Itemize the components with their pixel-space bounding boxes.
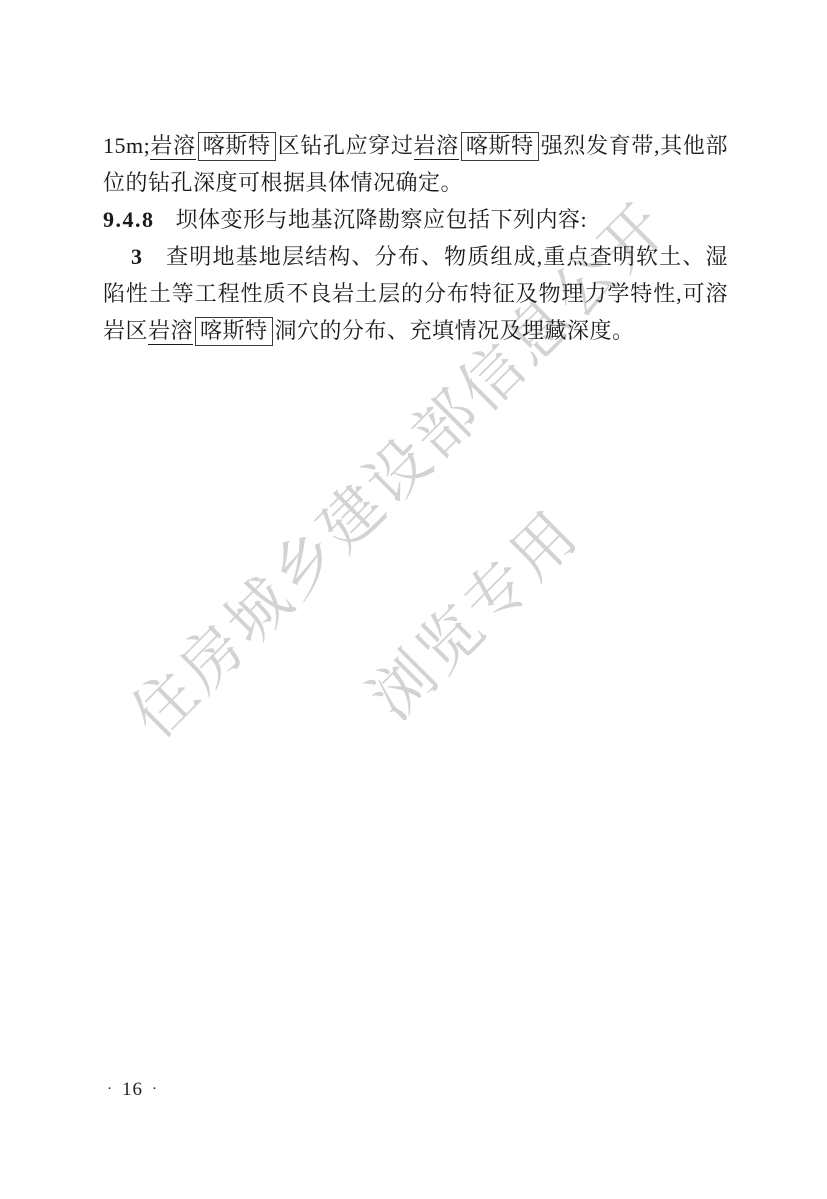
boxed-term-karst-3: 喀斯特: [195, 317, 273, 346]
footer-right-dot: ·: [152, 1081, 158, 1097]
underlined-term-yanrong-1: 岩溶: [150, 133, 195, 160]
page-footer: ·16·: [107, 1079, 158, 1101]
continuation-text-2: 区钻孔应穿过: [278, 133, 414, 158]
page-number: 16: [122, 1079, 143, 1100]
list-item-text-2: 洞穴的分布、充填情况及埋藏深度。: [275, 318, 635, 343]
document-page: 住房城乡建设部信息公开 浏览专用 15m;岩溶喀斯特区钻孔应穿过岩溶喀斯特强烈发…: [0, 0, 827, 1199]
list-item-paragraph: 3查明地基地层结构、分布、物质组成,重点查明软土、湿陷性土等工程性质不良岩土层的…: [103, 238, 728, 349]
underlined-term-yanrong-3: 岩溶: [148, 318, 193, 345]
boxed-term-karst-1: 喀斯特: [198, 132, 276, 161]
clause-number: 9.4.8: [103, 207, 155, 232]
list-item-number: 3: [131, 244, 143, 269]
boxed-term-karst-2: 喀斯特: [461, 132, 539, 161]
clause-heading: 9.4.8坝体变形与地基沉降勘察应包括下列内容:: [103, 201, 728, 238]
text-column: 15m;岩溶喀斯特区钻孔应穿过岩溶喀斯特强烈发育带,其他部位的钻孔深度可根据具体…: [103, 127, 728, 349]
underlined-term-yanrong-2: 岩溶: [414, 133, 459, 160]
continuation-text-1: 15m;: [103, 133, 150, 158]
continuation-paragraph: 15m;岩溶喀斯特区钻孔应穿过岩溶喀斯特强烈发育带,其他部位的钻孔深度可根据具体…: [103, 127, 728, 201]
footer-left-dot: ·: [107, 1081, 113, 1097]
clause-title: 坝体变形与地基沉降勘察应包括下列内容:: [176, 207, 588, 232]
